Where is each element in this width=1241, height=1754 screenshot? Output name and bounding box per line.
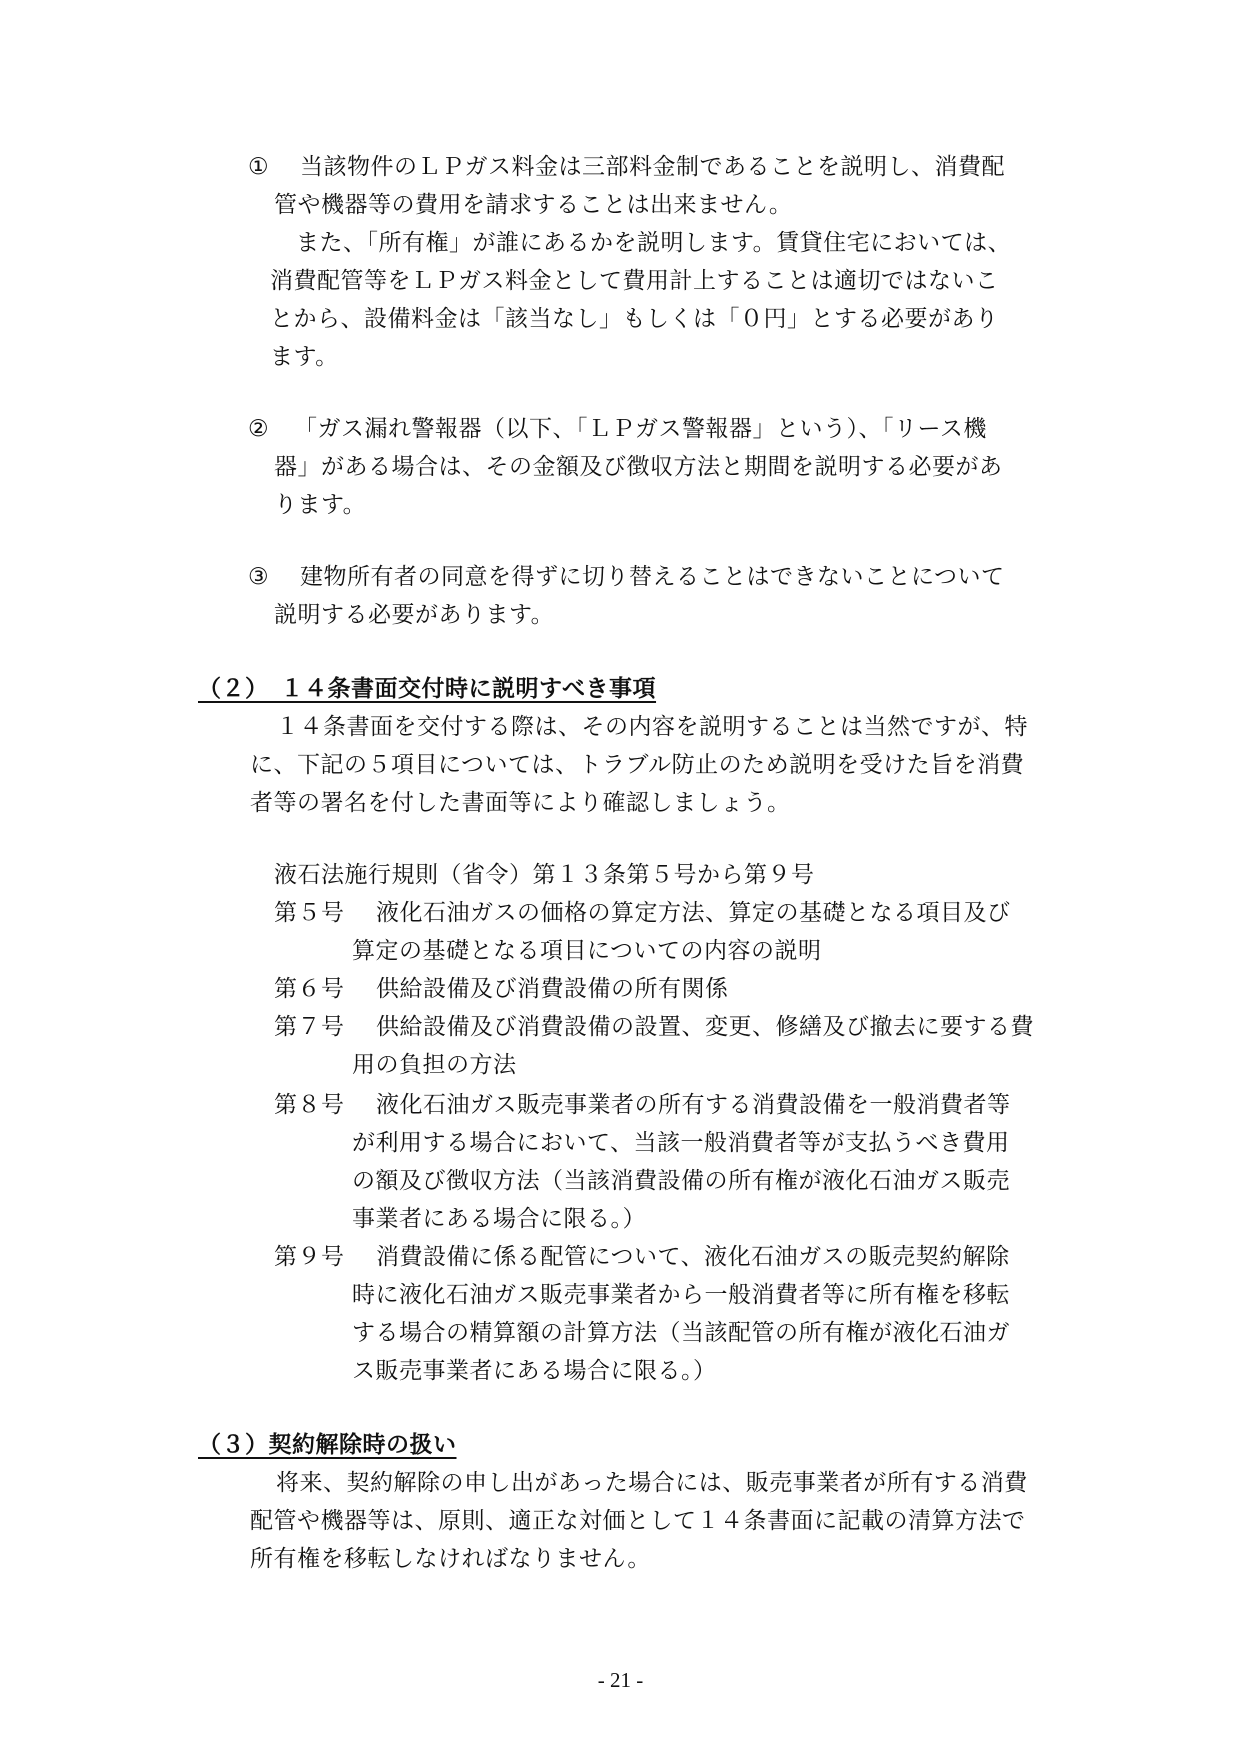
item-3-line: 建物所有者の同意を得ずに切り替えることはできないことについて (300, 560, 1005, 594)
rule-8-line: 液化石油ガス販売事業者の所有する消費設備を一般消費者等 (376, 1088, 1011, 1122)
rule-9-line: する場合の精算額の計算方法（当該配管の所有権が液化石油ガ (352, 1316, 1010, 1350)
section-3-paragraph-line: 将来、契約解除の申し出があった場合には、販売事業者が所有する消費 (276, 1466, 1028, 1500)
rule-7-line: 用の負担の方法 (352, 1048, 517, 1082)
rule-9-line: 時に液化石油ガス販売事業者から一般消費者等に所有権を移転 (352, 1278, 1010, 1312)
item-2-line: ります。 (274, 488, 366, 522)
item-1-line: 管や機器等の費用を請求することは出来ません。 (274, 188, 792, 222)
item-1-line: 消費配管等をＬＰガス料金として費用計上することは適切ではないこ (270, 264, 999, 298)
item-1-line: また、「所有権」が誰にあるかを説明します。賃貸住宅においては、 (296, 226, 1011, 260)
rule-7-line: 供給設備及び消費設備の設置、変更、修繕及び撤去に要する費 (376, 1010, 1034, 1044)
rule-8-line: が利用する場合において、当該一般消費者等が支払うべき費用 (352, 1126, 1010, 1160)
section-2-heading: （２） １４条書面交付時に説明すべき事項 (198, 672, 656, 706)
item-1-marker: ① (248, 150, 269, 184)
item-3-line: 説明する必要があります。 (274, 598, 554, 632)
rule-7-label: 第７号 (274, 1010, 345, 1044)
page-number: - 21 - (0, 1668, 1241, 1693)
section-3-heading: （３）契約解除時の扱い (198, 1428, 457, 1462)
rule-8-line: の額及び徴収方法（当該消費設備の所有権が液化石油ガス販売 (352, 1164, 1010, 1198)
rule-title: 液石法施行規則（省令）第１３条第５号から第９号 (274, 858, 815, 892)
item-3-marker: ③ (248, 560, 269, 594)
item-2-marker: ② (248, 412, 269, 446)
rule-5-line: 液化石油ガスの価格の算定方法、算定の基礎となる項目及び (376, 896, 1011, 930)
rule-8-line: 事業者にある場合に限る。） (352, 1202, 646, 1236)
rule-9-label: 第９号 (274, 1240, 345, 1274)
rule-6-line: 供給設備及び消費設備の所有関係 (376, 972, 729, 1006)
section-3-paragraph-line: 所有権を移転しなければなりません。 (250, 1542, 651, 1576)
item-1-line: ます。 (270, 340, 339, 374)
rule-6-label: 第６号 (274, 972, 345, 1006)
rule-9-line: 消費設備に係る配管について、液化石油ガスの販売契約解除 (376, 1240, 1010, 1274)
rule-8-label: 第８号 (274, 1088, 345, 1122)
item-1-line: 当該物件のＬＰガス料金は三部料金制であることを説明し、消費配 (300, 150, 1005, 184)
item-2-line: 「ガス漏れ警報器（以下、「ＬＰガス警報器」という）、「リース機 (294, 412, 987, 446)
rule-5-line: 算定の基礎となる項目についての内容の説明 (352, 934, 822, 968)
section-2-paragraph-line: １４条書面を交付する際は、その内容を説明することは当然ですが、特 (276, 710, 1028, 744)
section-3-paragraph-line: 配管や機器等は、原則、適正な対価として１４条書面に記載の清算方法で (250, 1504, 1026, 1538)
rule-5-label: 第５号 (274, 896, 345, 930)
item-1-line: とから、設備料金は「該当なし」もしくは「０円」とする必要があり (270, 302, 999, 336)
item-2-line: 器」がある場合は、その金額及び徴収方法と期間を説明する必要があ (274, 450, 1003, 484)
section-2-paragraph-line: に、下記の５項目については、トラブル防止のため説明を受けた旨を消費 (250, 748, 1024, 782)
rule-9-line: ス販売事業者にある場合に限る。） (352, 1354, 717, 1388)
section-2-paragraph-line: 者等の署名を付した書面等により確認しましょう。 (250, 786, 791, 820)
